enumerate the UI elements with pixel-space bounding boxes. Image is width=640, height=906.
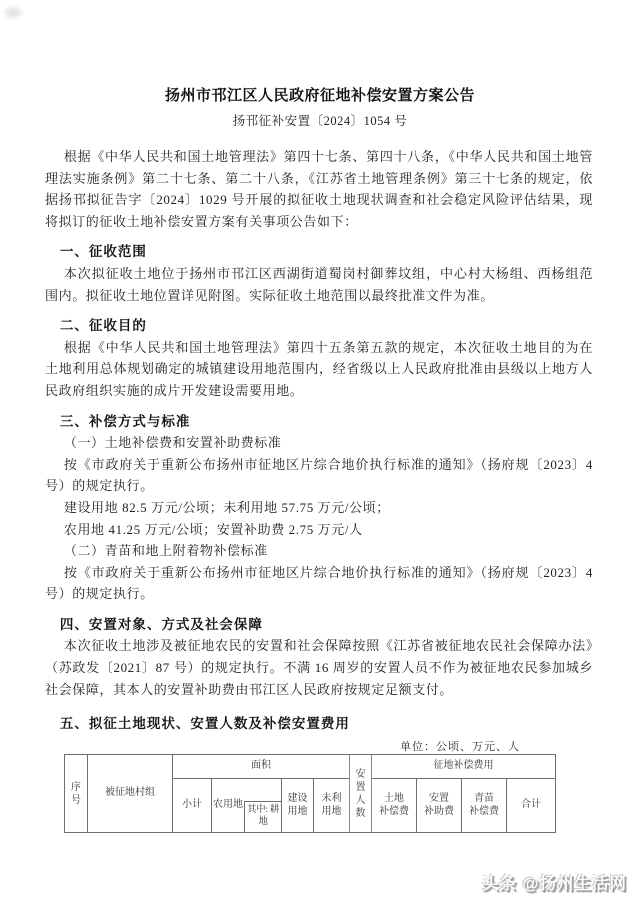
section-4-heading: 四、安置对象、方式及社会保障 [45,614,593,636]
scan-smudge [5,7,21,18]
col-header-subtotal: 小计 [173,779,212,832]
col-header-resettle-fee: 安置 补助费 [417,779,462,832]
section-3-heading: 三、补偿方式与标准 [45,411,593,433]
section-3-sub2-title: （二）青苗和地上附着物补偿标准 [45,540,593,562]
col-header-unused: 未利 用地 [314,779,349,832]
col-header-construction: 建设 用地 [281,779,314,832]
col-header-seedling-fee: 青苗 补偿费 [462,779,507,832]
section-5-heading: 五、拟征土地现状、安置人数及补偿安置费用 [45,713,593,735]
toutiao-watermark: 头条 @扬州生活网 [482,874,627,894]
table-unit-note: 单位：公顷、万元、人 [45,738,555,754]
section-3-rate-line-1: 建设用地 82.5 万元/公顷；未利用地 57.75 万元/公顷； [45,497,593,519]
section-1-heading: 一、征收范围 [45,241,593,263]
section-3-rate-line-2: 农用地 41.25 万元/公顷；安置补助费 2.75 万元/人 [45,519,593,541]
section-2-heading: 二、征收目的 [45,315,593,337]
doc-number: 扬邗征补安置〔2024〕1054 号 [0,113,640,130]
col-group-fees: 征地补偿费用 [372,755,555,779]
col-header-farmland: 农用地 [212,779,244,832]
col-header-cultivated: 其中: 耕 地 [244,801,281,832]
compensation-table: 序 号 被征地村组 面积 安 置 人 数 征地补偿费用 小计 农用地 其中: 耕… [64,754,556,833]
col-header-village: 被征地村组 [88,755,173,832]
col-group-area: 面积 [173,755,349,779]
col-header-total: 合计 [507,779,555,832]
document-body: 根据《中华人民共和国土地管理法》第四十七条、第四十八条，《中华人民共和国土地管理… [45,146,593,735]
intro-paragraph: 根据《中华人民共和国土地管理法》第四十七条、第四十八条，《中华人民共和国土地管理… [45,146,593,232]
col-header-land-fee: 土地 补偿费 [372,779,417,832]
col-header-seq: 序 号 [65,755,88,832]
section-3-sub1-title: （一）土地补偿费和安置补助费标准 [45,432,593,454]
section-4-paragraph: 本次征收土地涉及被征地农民的安置和社会保障按照《江苏省被征地农民社会保障办法》（… [45,635,593,700]
section-2-paragraph: 根据《中华人民共和国土地管理法》第四十五条第五款的规定，本次征收土地目的为在土地… [45,337,593,402]
section-3-sub2-body: 按《市政府关于重新公布扬州市征地区片综合地价执行标准的通知》（扬府规〔2023〕… [45,562,593,605]
section-1-paragraph: 本次拟征收土地位于扬州市邗江区西湖街道蜀岗村御葬坟组，中心村大杨组、西杨组范围内… [45,263,593,306]
document-page: 扬州市邗江区人民政府征地补偿安置方案公告 扬邗征补安置〔2024〕1054 号 … [0,0,640,906]
section-3-sub1-body: 按《市政府关于重新公布扬州市征地区片综合地价执行标准的通知》（扬府规〔2023〕… [45,454,593,497]
col-header-persons: 安 置 人 数 [349,755,372,832]
page-title: 扬州市邗江区人民政府征地补偿安置方案公告 [0,86,640,106]
